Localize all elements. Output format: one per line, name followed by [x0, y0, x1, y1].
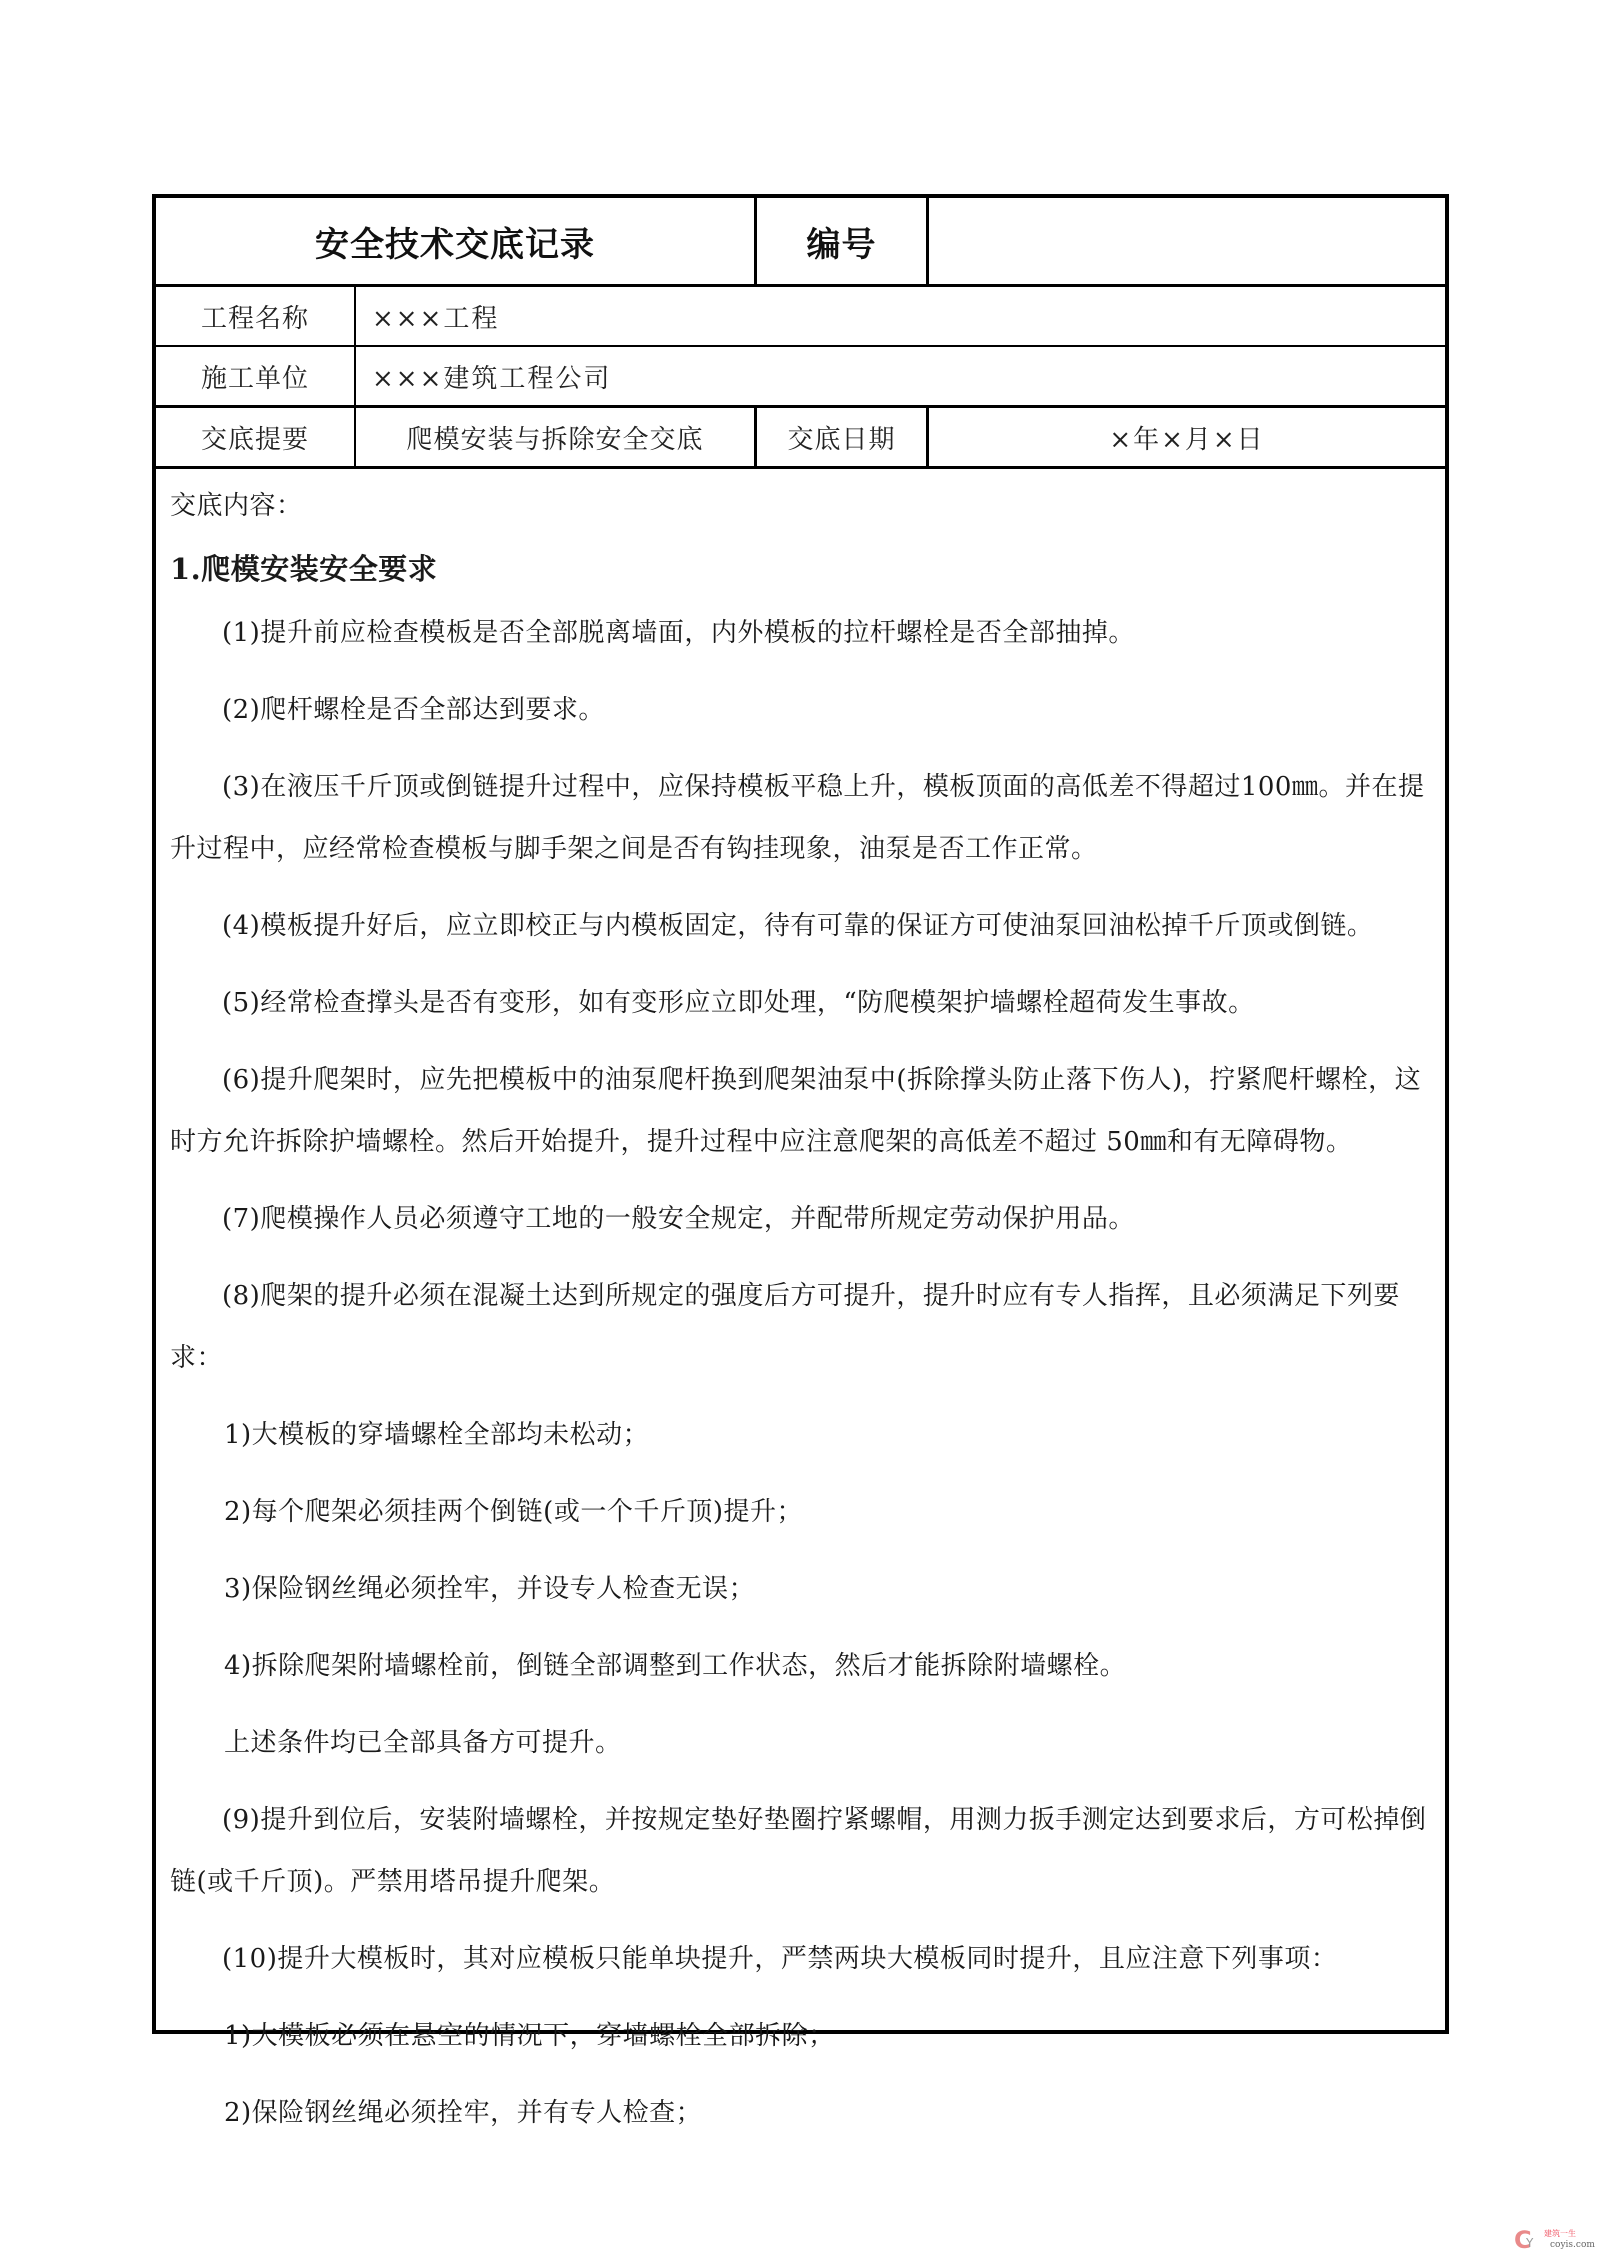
- requirement-item: (3)在液压千斤顶或倒链提升过程中，应保持模板平稳上升，模板顶面的高低差不得超过…: [170, 756, 1431, 880]
- sub-requirement: 1)大模板的穿墙螺栓全部均未松动；: [170, 1404, 1431, 1466]
- requirement-item: (8)爬架的提升必须在混凝土达到所规定的强度后方可提升，提升时应有专人指挥，且必…: [170, 1265, 1431, 1389]
- watermark-url: coyis.com: [1550, 2240, 1595, 2250]
- logo-y-icon: Y: [1526, 2236, 1533, 2250]
- form-title: 安全技术交底记录: [156, 198, 754, 284]
- date-label: 交底日期: [757, 408, 926, 466]
- sub-requirement: 2)每个爬架必须挂两个倒链(或一个千斤顶)提升；: [170, 1481, 1431, 1543]
- contractor-row: 施工单位 ×××建筑工程公司: [156, 347, 1445, 405]
- divider: [156, 466, 1445, 469]
- number-value[interactable]: [929, 198, 1445, 284]
- requirement-item: (7)爬模操作人员必须遵守工地的一般安全规定，并配带所规定劳动保护用品。: [170, 1188, 1431, 1250]
- summary-label: 交底提要: [156, 408, 354, 466]
- title-row: 安全技术交底记录 编号: [156, 198, 1445, 284]
- project-name-label: 工程名称: [156, 287, 354, 345]
- contractor-value[interactable]: ×××建筑工程公司: [356, 347, 1445, 405]
- requirement-item: (2)爬杆螺栓是否全部达到要求。: [170, 679, 1431, 741]
- disclosure-content: 交底内容： 1.爬模安装安全要求 (1)提升前应检查模板是否全部脱离墙面，内外模…: [156, 472, 1445, 2030]
- content-caption: 交底内容：: [170, 490, 1431, 523]
- requirement-item: (1)提升前应检查模板是否全部脱离墙面，内外模板的拉杆螺栓是否全部抽掉。: [170, 602, 1431, 664]
- sub-requirement-note: 上述条件均已全部具备方可提升。: [170, 1712, 1431, 1774]
- sub-requirement: 1)大模板必须在悬空的情况下，穿墙螺栓全部拆除；: [170, 2005, 1431, 2067]
- project-name-value[interactable]: ×××工程: [356, 287, 1445, 345]
- summary-value[interactable]: 爬模安装与拆除安全交底: [356, 408, 754, 466]
- safety-disclosure-form: 安全技术交底记录 编号 工程名称 ×××工程 施工单位 ×××建筑工程公司 交底…: [152, 194, 1449, 2034]
- requirement-item: (5)经常检查撑头是否有变形，如有变形应立即处理，“防爬模架护墙螺栓超荷发生事故…: [170, 972, 1431, 1034]
- requirement-item: (6)提升爬架时，应先把模板中的油泵爬杆换到爬架油泵中(拆除撑头防止落下伤人)，…: [170, 1049, 1431, 1173]
- contractor-label: 施工单位: [156, 347, 354, 405]
- sub-requirement: 3)保险钢丝绳必须拴牢，并设专人检查无误；: [170, 1558, 1431, 1620]
- sub-requirement: 2)保险钢丝绳必须拴牢，并有专人检查；: [170, 2082, 1431, 2144]
- sub-requirement: 4)拆除爬架附墙螺栓前，倒链全部调整到工作状态，然后才能拆除附墙螺栓。: [170, 1635, 1431, 1697]
- number-label: 编号: [757, 198, 926, 284]
- requirement-item: (4)模板提升好后，应立即校正与内模板固定，待有可靠的保证方可使油泵回油松掉千斤…: [170, 895, 1431, 957]
- project-name-row: 工程名称 ×××工程: [156, 287, 1445, 345]
- section-heading: 1.爬模安装安全要求: [170, 553, 1431, 586]
- requirement-item: (10)提升大模板时，其对应模板只能单块提升，严禁两块大模板同时提升，且应注意下…: [170, 1928, 1431, 1990]
- watermark-logo: C Y 建筑一生 coyis.com: [1500, 2218, 1600, 2258]
- requirement-item: (9)提升到位后，安装附墙螺栓，并按规定垫好垫圈拧紧螺帽，用测力扳手测定达到要求…: [170, 1789, 1431, 1913]
- summary-row: 交底提要 爬模安装与拆除安全交底 交底日期 ×年×月×日: [156, 408, 1445, 466]
- watermark-cn-text: 建筑一生: [1544, 2228, 1576, 2239]
- date-value[interactable]: ×年×月×日: [929, 408, 1445, 466]
